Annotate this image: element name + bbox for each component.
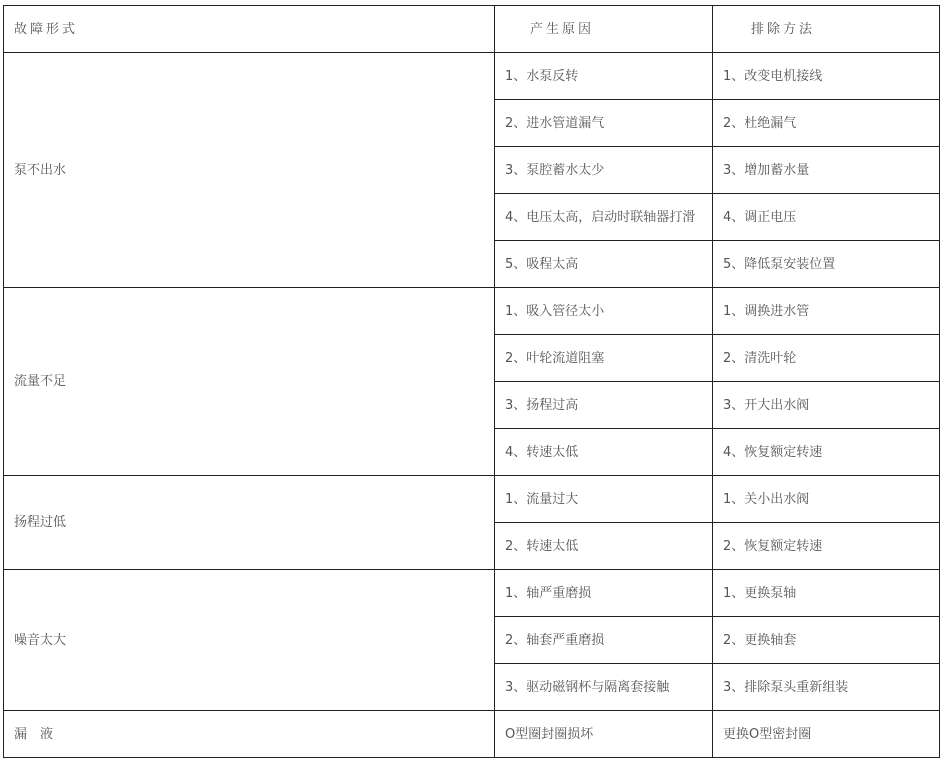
cause-cell: 1、吸入管径太小 — [495, 288, 713, 335]
remedy-cell: 1、调换进水管 — [713, 288, 940, 335]
table-row: 流量不足1、吸入管径太小1、调换进水管 — [4, 288, 940, 335]
remedy-cell: 1、更换泵轴 — [713, 570, 940, 617]
remedy-cell: 更换O型密封圈 — [713, 711, 940, 758]
remedy-cell: 1、改变电机接线 — [713, 53, 940, 100]
fault-table: 故障形式 产生原因 排除方法 泵不出水1、水泵反转1、改变电机接线2、进水管道漏… — [3, 5, 940, 758]
remedy-cell: 1、关小出水阀 — [713, 476, 940, 523]
table-header-row: 故障形式 产生原因 排除方法 — [4, 6, 940, 53]
cause-cell: 2、轴套严重磨损 — [495, 617, 713, 664]
cause-cell: 4、转速太低 — [495, 429, 713, 476]
remedy-cell: 3、开大出水阀 — [713, 382, 940, 429]
fault-type-cell: 噪音太大 — [4, 570, 495, 711]
fault-type-cell: 泵不出水 — [4, 53, 495, 288]
cause-cell: O型圈封圈损坏 — [495, 711, 713, 758]
cause-cell: 2、叶轮流道阻塞 — [495, 335, 713, 382]
remedy-cell: 3、排除泵头重新组装 — [713, 664, 940, 711]
table-row: 扬程过低1、流量过大1、关小出水阀 — [4, 476, 940, 523]
remedy-cell: 2、更换轴套 — [713, 617, 940, 664]
cause-cell: 3、扬程过高 — [495, 382, 713, 429]
cause-cell: 2、转速太低 — [495, 523, 713, 570]
cause-cell: 5、吸程太高 — [495, 241, 713, 288]
cause-cell: 1、流量过大 — [495, 476, 713, 523]
remedy-cell: 4、调正电压 — [713, 194, 940, 241]
header-fault: 故障形式 — [4, 6, 495, 53]
remedy-cell: 2、恢复额定转速 — [713, 523, 940, 570]
cause-cell: 3、驱动磁钢杯与隔离套接触 — [495, 664, 713, 711]
fault-type-cell: 扬程过低 — [4, 476, 495, 570]
fault-type-cell: 流量不足 — [4, 288, 495, 476]
remedy-cell: 2、清洗叶轮 — [713, 335, 940, 382]
header-cause: 产生原因 — [495, 6, 713, 53]
remedy-cell: 2、杜绝漏气 — [713, 100, 940, 147]
cause-cell: 2、进水管道漏气 — [495, 100, 713, 147]
cause-cell: 1、轴严重磨损 — [495, 570, 713, 617]
cause-cell: 4、电压太高，启动时联轴器打滑 — [495, 194, 713, 241]
remedy-cell: 5、降低泵安装位置 — [713, 241, 940, 288]
cause-cell: 1、水泵反转 — [495, 53, 713, 100]
fault-type-cell: 漏 液 — [4, 711, 495, 758]
header-remedy: 排除方法 — [713, 6, 940, 53]
cause-cell: 3、泵腔蓄水太少 — [495, 147, 713, 194]
table-row: 漏 液O型圈封圈损坏更换O型密封圈 — [4, 711, 940, 758]
table-row: 噪音太大1、轴严重磨损1、更换泵轴 — [4, 570, 940, 617]
table-row: 泵不出水1、水泵反转1、改变电机接线 — [4, 53, 940, 100]
remedy-cell: 4、恢复额定转速 — [713, 429, 940, 476]
remedy-cell: 3、增加蓄水量 — [713, 147, 940, 194]
